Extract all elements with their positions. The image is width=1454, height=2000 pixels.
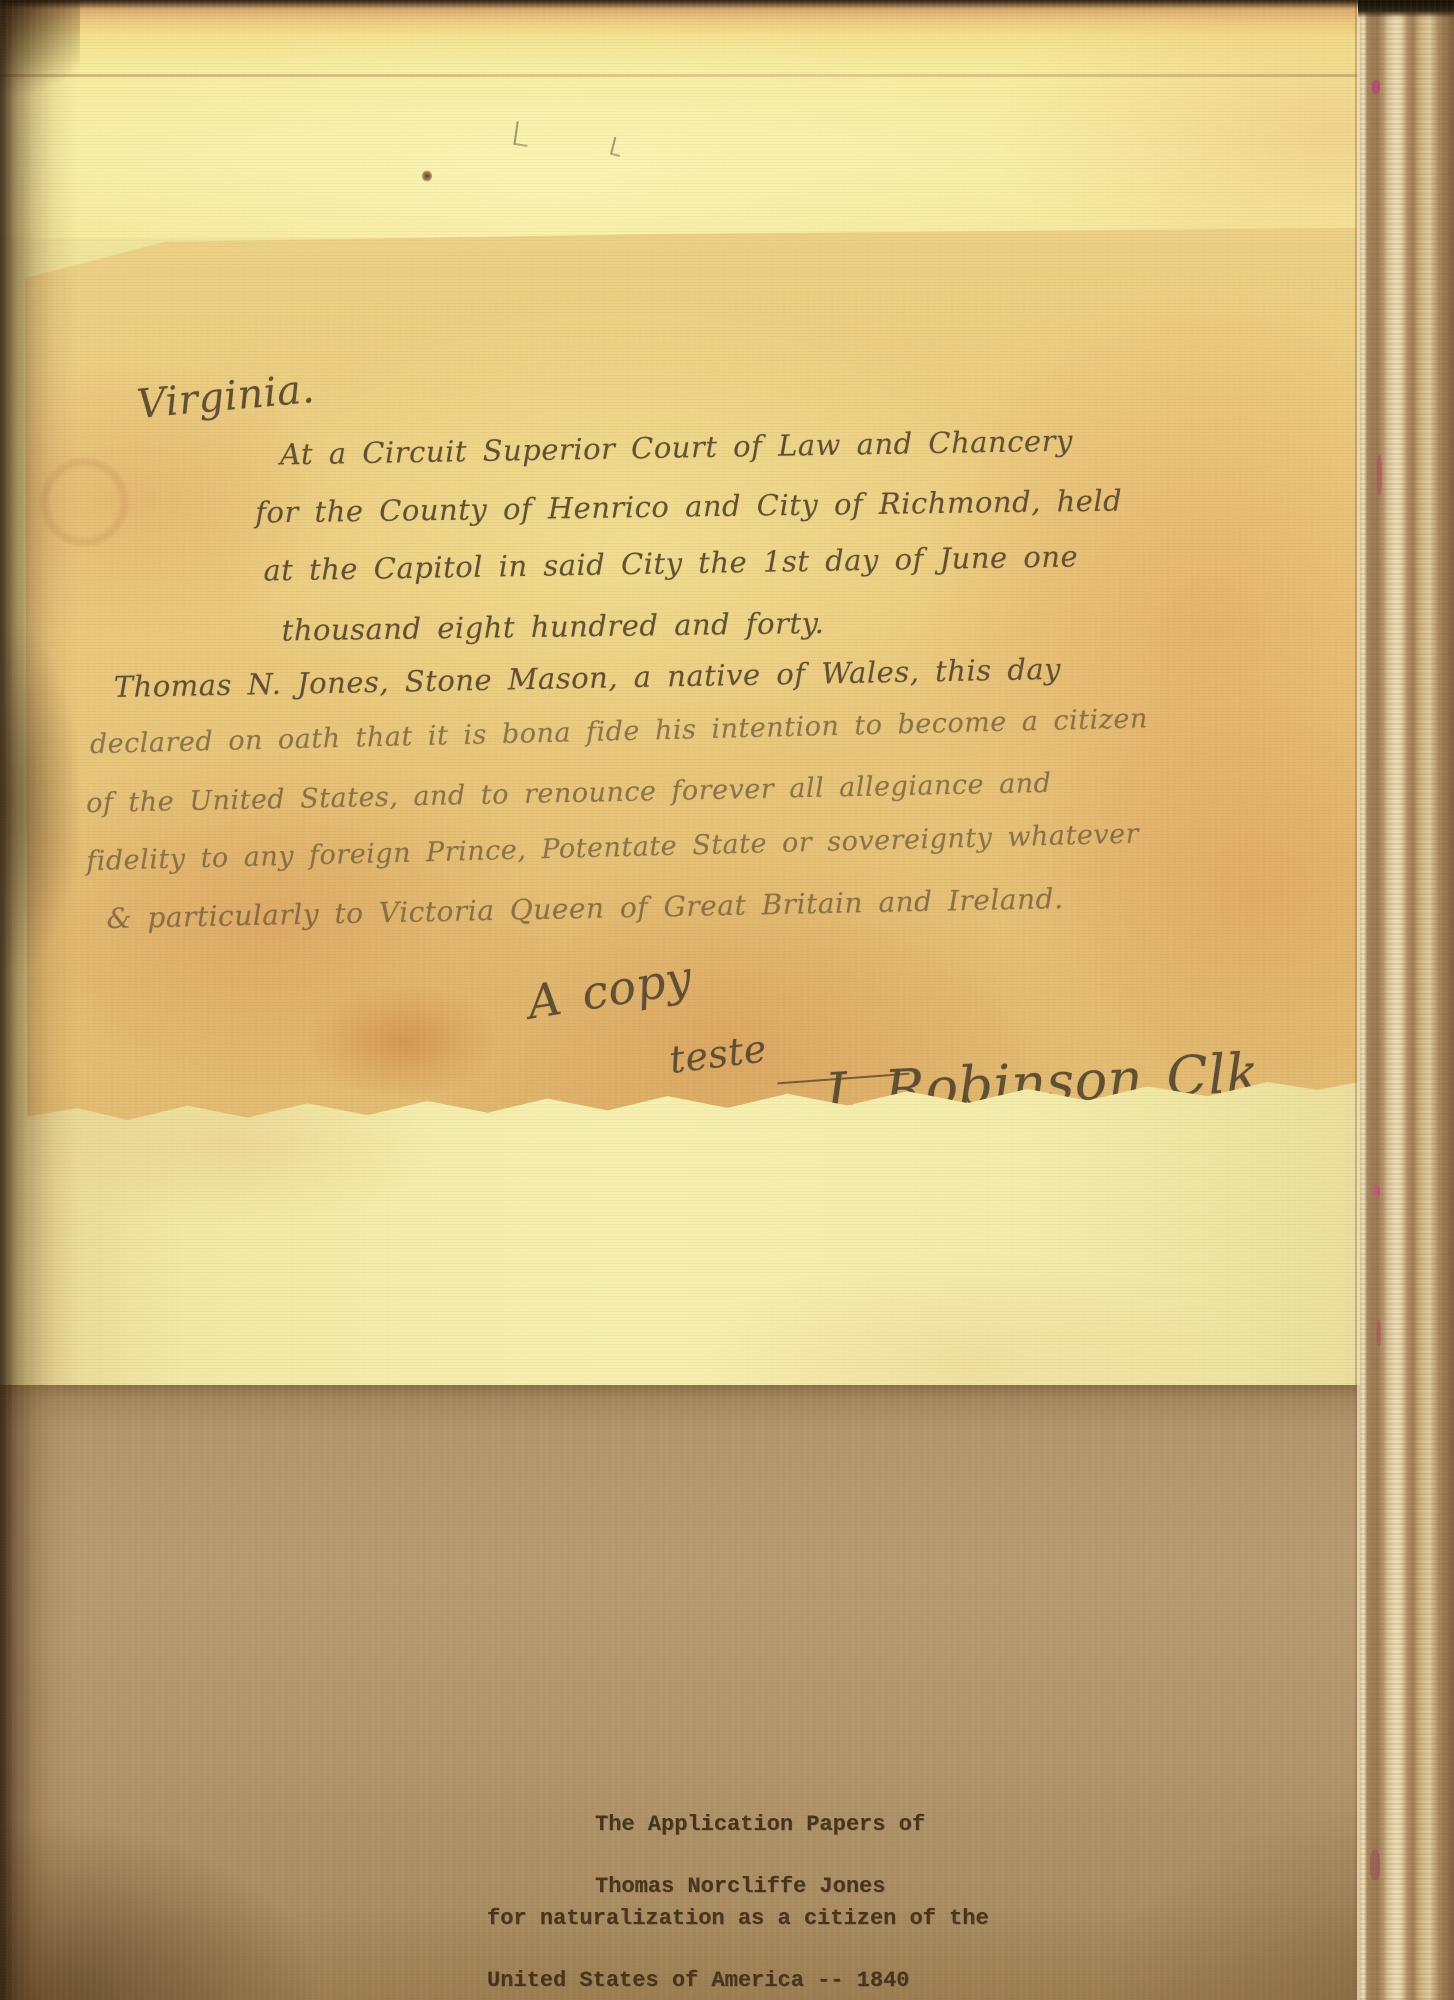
handwritten-line: for the County of Henrico and City of Ri…: [255, 483, 1122, 529]
pasted-document: Virginia. At a Circuit Superior Court of…: [24, 228, 1371, 1123]
handwritten-line: & particularly to Victoria Queen of Grea…: [106, 882, 1064, 935]
lower-paper-sheet: [30, 1080, 1368, 1395]
caption-title-line1: The Application Papers of: [595, 1812, 925, 1837]
handwritten-line: at the Capitol in said City the 1st day …: [263, 539, 1078, 587]
album-page-top: [0, 0, 1454, 238]
copy-note: A copy: [524, 950, 696, 1030]
handwritten-line: of the United States, and to renounce fo…: [86, 768, 1052, 819]
state-heading: Virginia.: [135, 366, 317, 428]
ink-speck: [1374, 1185, 1380, 1195]
handwritten-line: Thomas N. Jones, Stone Mason, a native o…: [113, 652, 1061, 704]
handwritten-line: fidelity to any foreign Prince, Potentat…: [86, 819, 1139, 878]
handwritten-line: declared on oath that it is bona fide hi…: [90, 703, 1149, 760]
teste-note: teste: [667, 1026, 769, 1082]
scanned-album-page: Virginia. At a Circuit Superior Court of…: [0, 0, 1454, 2000]
handwritten-line: thousand eight hundred and forty.: [281, 606, 824, 648]
ink-fleck: [422, 170, 432, 182]
ink-speck: [1377, 455, 1382, 495]
caption-subtitle-line2: United States of America -- 1840: [487, 1968, 909, 1993]
handwritten-line: At a Circuit Superior Court of Law and C…: [280, 424, 1073, 472]
typed-caption-subtitle: for naturalization as a citizen of the U…: [487, 1903, 989, 1996]
album-board-bottom: The Application Papers of Thomas Norclif…: [0, 1385, 1454, 2000]
ink-speck: [1372, 80, 1380, 94]
page-gutter-shadow: [0, 0, 80, 2000]
typed-caption-title: The Application Papers of Thomas Norclif…: [595, 1809, 925, 1902]
ink-speck: [1377, 1320, 1381, 1346]
paper-crease: [0, 74, 1368, 77]
caption-title-line2: Thomas Norcliffe Jones: [595, 1874, 885, 1899]
ink-speck: [1370, 1850, 1380, 1880]
caption-subtitle-line1: for naturalization as a citizen of the: [487, 1906, 989, 1931]
scan-edge-top: [0, 0, 1454, 9]
book-fore-edge: [1360, 0, 1454, 2000]
